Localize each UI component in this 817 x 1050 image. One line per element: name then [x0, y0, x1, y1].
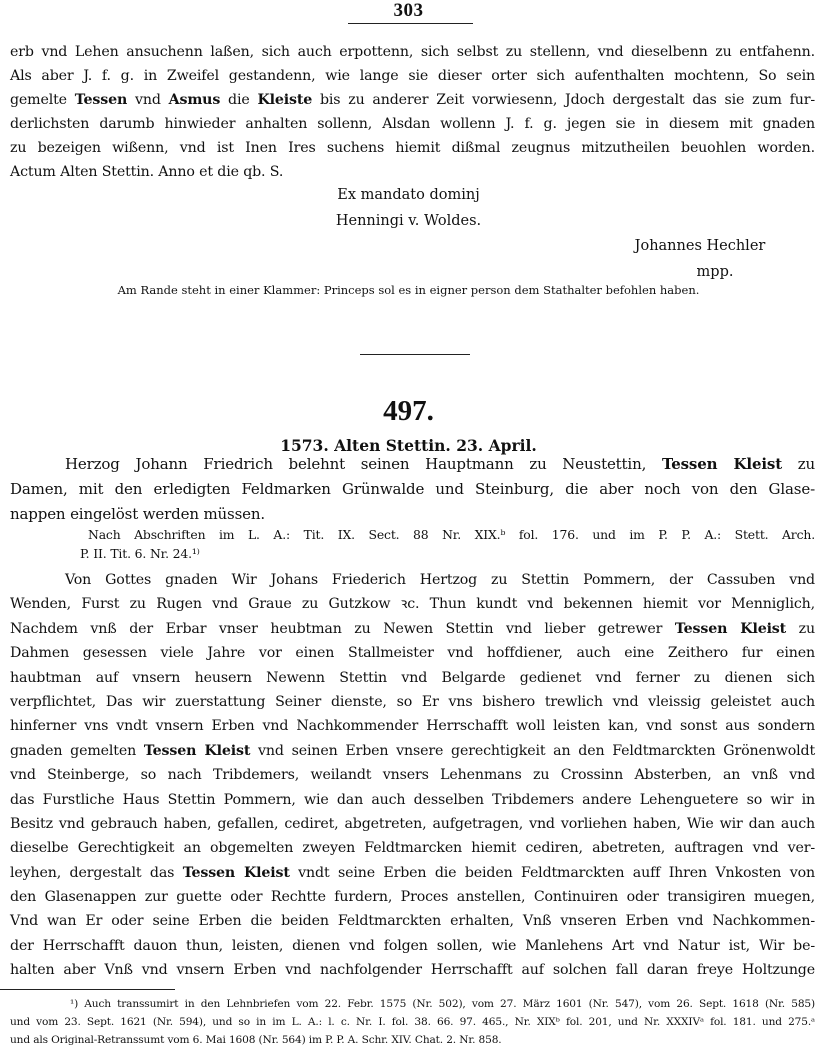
footnote-rule [0, 989, 175, 990]
continuation-text: erb vnd Lehen ansuchenn laßen, sich auch… [10, 40, 815, 184]
body-line: leyhen, dergestalt das Tessen Kleist vnd… [10, 861, 815, 885]
body-line: das Furstliche Haus Stettin Pommern, wie… [10, 788, 815, 812]
footnotes: ¹) Auch transsumirt in den Lehnbriefen v… [10, 995, 815, 1049]
text-line: gemelte Tessen vnd Asmus die Kleiste bis… [10, 88, 815, 112]
body-line: Wenden, Furst zu Rugen vnd Graue zu Gutz… [10, 592, 815, 616]
section-divider [360, 354, 470, 355]
body-line: Besitz vnd gebrauch haben, gefallen, ced… [10, 812, 815, 836]
header-rule [348, 23, 473, 24]
page-number: 303 [0, 0, 817, 22]
person-name: Tessen [75, 92, 127, 108]
body-line: verpflichtet, Das wir zuerstattung Seine… [10, 690, 815, 714]
body-line: haubtman auf vnsern heusern Newenn Stett… [10, 666, 815, 690]
person-name: Tessen Kleist [183, 865, 290, 881]
body-line: Nachdem vnß der Erbar vnser heubtman zu … [10, 617, 815, 641]
regest: Herzog Johann Friedrich belehnt seinen H… [10, 452, 815, 527]
body-line: dieselbe Gerechtigkeit an obgemelten zwe… [10, 836, 815, 860]
source-citation: Nach Abschriften im L. A.: Tit. IX. Sect… [10, 525, 815, 563]
book-page: 303 erb vnd Lehen ansuchenn laßen, sich … [0, 0, 817, 1050]
footnote-line: ¹) Auch transsumirt in den Lehnbriefen v… [10, 995, 815, 1013]
mandate-line: Henningi v. Woldes. [0, 208, 817, 234]
footnote-line: und als Original-Retranssumt vom 6. Mai … [10, 1031, 815, 1049]
person-name: Tessen Kleist [675, 621, 786, 637]
mandate-line: Ex mandato dominj [0, 182, 817, 208]
text-line: zu bezeigen wißenn, vnd ist Inen Ires su… [10, 136, 815, 160]
body-line: Von Gottes gnaden Wir Johans Friederich … [10, 568, 815, 592]
body-line: hinferner vns vndt vnsern Erben vnd Nach… [10, 714, 815, 738]
regest-line: Herzog Johann Friedrich belehnt seinen H… [10, 452, 815, 477]
document-number: 497. [0, 395, 817, 428]
person-name: Kleiste [257, 92, 312, 108]
person-name: Tessen Kleist [662, 455, 782, 473]
signature-block: Johannes Hechler mpp. [600, 233, 800, 285]
regest-line: nappen eingelöst werden müssen. [10, 502, 815, 527]
body-line: den Glasenappen zur guette oder Rechtte … [10, 885, 815, 909]
body-line: Vnd wan Er oder seine Erben die beiden F… [10, 909, 815, 933]
body-line: der Herrschafft dauon thun, leisten, die… [10, 934, 815, 958]
text-line: erb vnd Lehen ansuchenn laßen, sich auch… [10, 40, 815, 64]
regest-line: Damen, mit den erledigten Feldmarken Grü… [10, 477, 815, 502]
footnote-line: und vom 23. Sept. 1621 (Nr. 594), und so… [10, 1013, 815, 1031]
body-line: gnaden gemelten Tessen Kleist vnd seinen… [10, 739, 815, 763]
source-line: Nach Abschriften im L. A.: Tit. IX. Sect… [10, 525, 815, 544]
body-line: halten aber Vnß vnd vnsern Erben vnd nac… [10, 958, 815, 982]
source-line: P. II. Tit. 6. Nr. 24.¹⁾ [10, 544, 815, 563]
body-line: vnd Steinberge, so nach Tribdemers, weil… [10, 763, 815, 787]
person-name: Tessen Kleist [144, 743, 250, 759]
person-name: Asmus [169, 92, 221, 108]
signer-name: Johannes Hechler [600, 233, 800, 259]
margin-note: Am Rande steht in einer Klammer: Princep… [0, 283, 817, 297]
text-line: derlichsten darumb hinwieder anhalten so… [10, 112, 815, 136]
text-line: Als aber J. f. g. in Zweifel gestandenn,… [10, 64, 815, 88]
signer-suffix: mpp. [600, 259, 800, 285]
text-line: Actum Alten Stettin. Anno et die qb. S. [10, 160, 815, 184]
document-body: Von Gottes gnaden Wir Johans Friederich … [10, 568, 815, 983]
mandate-block: Ex mandato dominj Henningi v. Woldes. [0, 182, 817, 234]
body-line: Dahmen gesessen viele Jahre vor einen St… [10, 641, 815, 665]
